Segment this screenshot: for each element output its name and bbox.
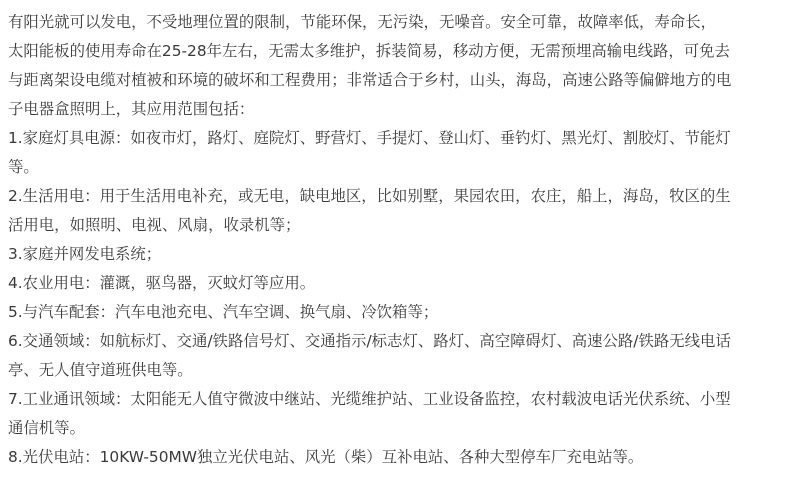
list-item-6: 6.交通领域：如航标灯、交通/铁路信号灯、交通指示/标志灯、路灯、高空障碍灯、高… — [8, 327, 790, 356]
list-item-5: 5.与汽车配套：汽车电池充电、汽车空调、换气扇、冷饮箱等； — [8, 298, 790, 327]
list-item-8: 8.光伏电站：10KW-50MW独立光伏电站、风光（柴）互补电站、各种大型停车厂… — [8, 443, 790, 472]
list-item-6-cont: 亭、无人值守道班供电等。 — [8, 356, 790, 385]
intro-line-1: 有阳光就可以发电，不受地理位置的限制，节能环保，无污染，无噪音。安全可靠，故障率… — [8, 8, 790, 37]
document-body: 有阳光就可以发电，不受地理位置的限制，节能环保，无污染，无噪音。安全可靠，故障率… — [8, 8, 790, 472]
intro-line-4: 子电器盒照明上，其应用范围包括： — [8, 95, 790, 124]
list-item-3: 3.家庭并网发电系统； — [8, 240, 790, 269]
intro-line-3: 与距离架设电缆对植被和环境的破坏和工程费用；非常适合于乡村，山头，海岛，高速公路… — [8, 66, 790, 95]
list-item-1: 1.家庭灯具电源：如夜市灯，路灯、庭院灯、野营灯、手提灯、登山灯、垂钓灯、黑光灯… — [8, 124, 790, 153]
list-item-7: 7.工业通讯领域：太阳能无人值守微波中继站、光缆维护站、工业设备监控，农村载波电… — [8, 385, 790, 414]
intro-line-2: 太阳能板的使用寿命在25-28年左右，无需太多维护，拆装简易，移动方便，无需预埋… — [8, 37, 790, 66]
list-item-2: 2.生活用电：用于生活用电补充，或无电，缺电地区，比如别墅，果园农田，农庄，船上… — [8, 182, 790, 211]
list-item-2-cont: 活用电，如照明、电视、风扇，收录机等； — [8, 211, 790, 240]
list-item-7-cont: 通信机等。 — [8, 414, 790, 443]
list-item-1-cont: 等。 — [8, 153, 790, 182]
list-item-4: 4.农业用电：灌溉，驱鸟器，灭蚊灯等应用。 — [8, 269, 790, 298]
